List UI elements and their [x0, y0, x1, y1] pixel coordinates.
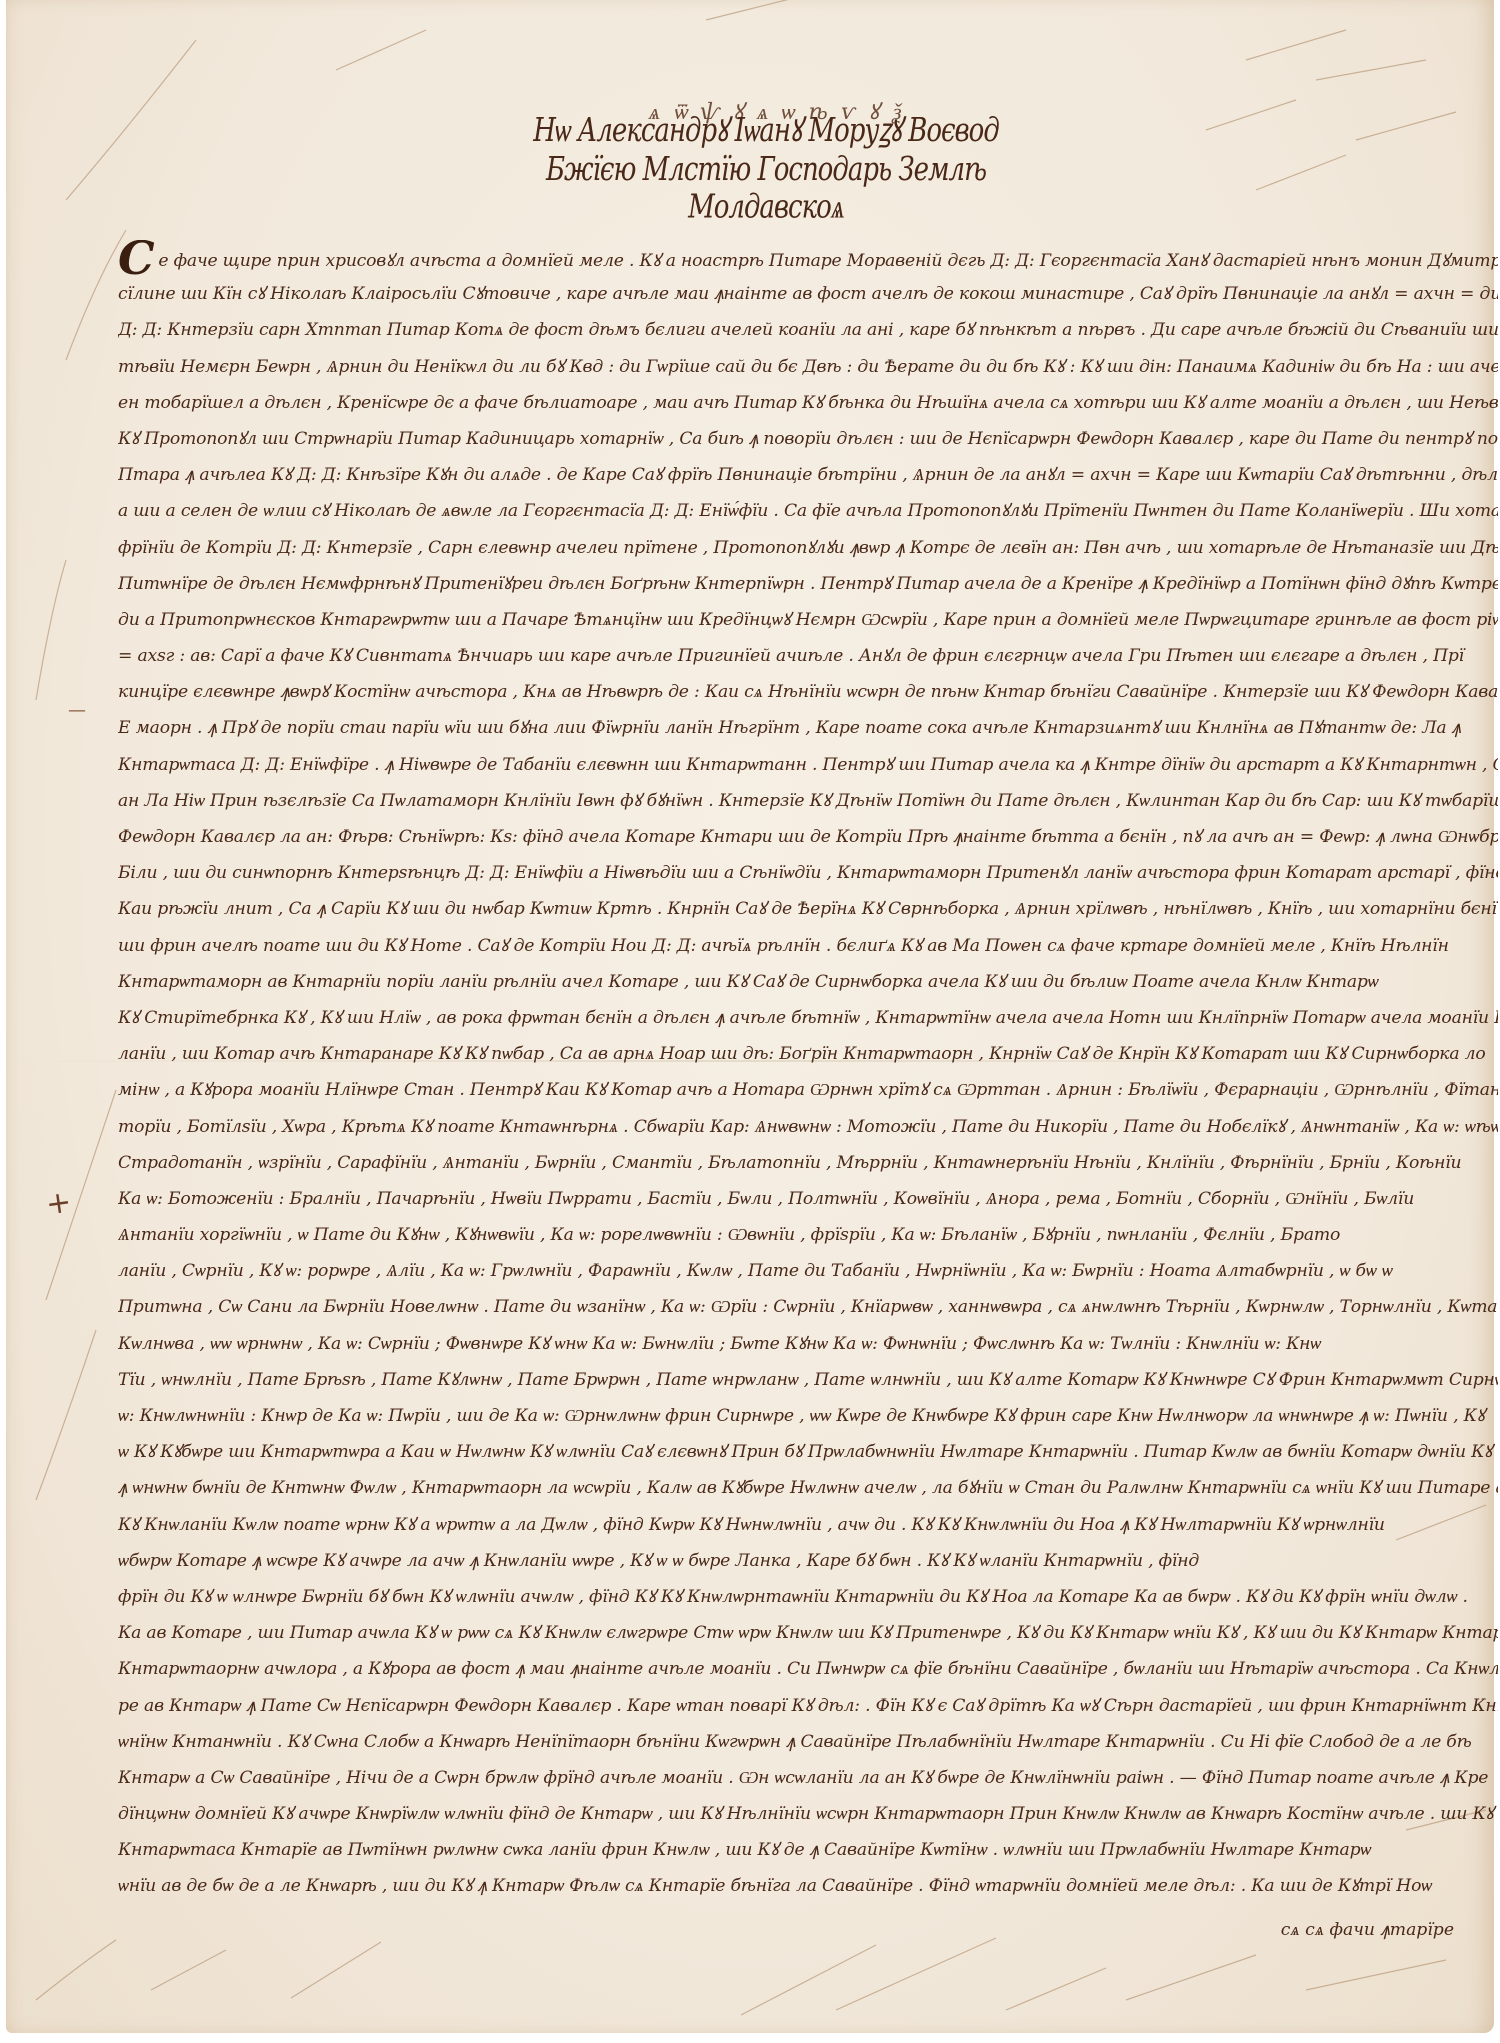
manuscript-body: Се фаче щире прин хрисовꙋл ачѣста а домн…: [118, 240, 1498, 1905]
text-line: сїлине ши Кїн сꙋ Ніколаѣ Клаіросьлїи Сꙋт…: [118, 276, 1498, 312]
closing-line: сѧ сѧ фачи ꙟтарїре: [1281, 1918, 1454, 1941]
text-line: Птара ꙟ ачѣлеа Кꙋ Д: Д: Кнѣзїре Кꙋн ди а…: [118, 457, 1498, 493]
text-line: ан Ла Ніѡ Прин ѣзєлѣзїе Са Пѡлатаморн Кн…: [118, 783, 1498, 819]
text-line: ланїи , ши Котар ачѣ Кнтаранаре Кꙋ Кꙋ пѡ…: [118, 1036, 1498, 1072]
text-line: ѡнїнѡ Кнтанѡнїи . Кꙋ Сѡна Слобѡ а Кнѡарѣ…: [118, 1724, 1498, 1760]
text-line: ши фрин ачелѣ поате ши ди Кꙋ Ноте . Саꙋ …: [118, 928, 1498, 964]
text-line: Феѡдорн Кавалєр ла ан: Фѣрв: Сѣнїѡрѣ: Кѕ…: [118, 819, 1498, 855]
text-line: ре ав Кнтарѡ ꙟ Пате Сѡ Нєпїсарѡрн Феѡдор…: [118, 1688, 1498, 1724]
text-line: Ка ав Котаре , ши Питар ачѡла Кꙋ ѡ рѡѡ с…: [118, 1615, 1498, 1651]
text-line: Се фаче щире прин хрисовꙋл ачѣста а домн…: [118, 240, 1498, 276]
text-line: Страдотанїн , ѡзрїнїи , Сарафїнїи , Ѧнта…: [118, 1145, 1498, 1181]
text-line: дїнцѡнѡ домнїей Кꙋ ачѡре Кнѡрїѡлѡ ѡлѡнїи…: [118, 1796, 1498, 1832]
text-line: Каи рѣжїи лнит , Са ꙟ Сарїи Кꙋ ши ди нѡб…: [118, 891, 1498, 927]
text-line: ланїи , Сѡрнїи , Кꙋ ѡ: рорѡре , Ѧлїи , К…: [118, 1253, 1498, 1289]
text-line: Тїи , ѡнѡлнїи , Пате Брѣѕѣ , Пате Кꙋлѡнѡ…: [118, 1362, 1498, 1398]
text-line: Кꙋ Кнѡланїи Кѡлѡ поате ѡрнѡ Кꙋ а ѡрѡтѡ а…: [118, 1507, 1498, 1543]
text-line: Кѡлнѡва , ѡѡ ѡрнѡнѡ , Ка ѡ: Сѡрнїи ; Фѡв…: [118, 1326, 1498, 1362]
text-line: ѡнїи ав де бѡ де а ле Кнѡарѣ , ши ди Кꙋ …: [118, 1868, 1498, 1904]
text-line: Кꙋ Протопопꙋл ши Стрѡнарїи Питар Кадиниц…: [118, 421, 1498, 457]
text-line: Е маорн . ꙟ Прꙋ де порїи стаи парїи ѡїи …: [118, 710, 1498, 746]
text-line: = ахѕг : ав: Сарї а фаче Кꙋ Сивнтатѧ Ѣнч…: [118, 638, 1498, 674]
text-line: фрїнїи де Котрїи Д: Д: Кнтерзїе , Сарн є…: [118, 530, 1498, 566]
text-line: Кнтарѡ а Сѡ Савайнїре , Нічи де а Сѡрн б…: [118, 1760, 1498, 1796]
margin-tick-mark: —: [68, 700, 86, 721]
text-line: Притѡна , Сѡ Сани ла Бѡрнїи Новелѡнѡ . П…: [118, 1289, 1498, 1325]
text-line: тѣвїи Немєрн Беѡрн , Ѧрнин ди Ненїкѡл ди…: [118, 349, 1498, 385]
text-line: ен тобарїшел а дѣлєн , Кренїсѡре дє а фа…: [118, 385, 1498, 421]
text-line: Кнтарѡтаса Д: Д: Енїѡфїре . ꙟ Ніѡвѡре де…: [118, 747, 1498, 783]
margin-cross-mark: +: [44, 1184, 74, 1222]
text-line: ꙟ ѡнѡнѡ бѡнїи де Кнтѡнѡ Фѡлѡ , Кнтарѡтао…: [118, 1470, 1498, 1506]
text-line: а ши а селен де ѡлии сꙋ Ніколаѣ де ѧвѡле…: [118, 493, 1498, 529]
text-line: ди а Притопрѡнєсков Кнтаргѡрѡтѡ ши а Пач…: [118, 602, 1498, 638]
text-line: мінѡ , а Кꙋрора моанїи Нлїнѡре Стан . Пе…: [118, 1072, 1498, 1108]
text-line: фрїн ди Кꙋ ѡ ѡлнѡре Бѡрнїи бꙋ бѡн Кꙋ ѡлѡ…: [118, 1579, 1498, 1615]
text-line: ѡбѡрѡ Котаре ꙟ ѡсѡре Кꙋ ачѡре ла ачѡ ꙟ К…: [118, 1543, 1498, 1579]
text-line: Кнтарѡтаморн ав Кнтарнїи порїи ланїи рѣл…: [118, 964, 1498, 1000]
manuscript-page: ѧ ѿ ѱ ꙋ ѧ ѡ ѣ ѵ ꙋ ѯ Нѡ Александрꙋ Іѡанꙋ …: [6, 0, 1494, 2033]
decorated-initial: С: [118, 240, 154, 276]
text-line: кинцїре єлєвѡнре ꙟвѡрꙋ Костїнѡ ачѣстора …: [118, 674, 1498, 710]
text-line: Ѧнтанїи хоргїѡнїи , ѡ Пате ди Кꙋнѡ , Кꙋн…: [118, 1217, 1498, 1253]
text-line: Кнтарѡтаса Кнтарїе ав Пѡтїнѡн рѡлѡнѡ сѡк…: [118, 1832, 1498, 1868]
text-line: ѡ Кꙋ Кꙋбѡре ши Кнтарѡтѡра а Каи ѡ Нѡлѡнѡ…: [118, 1434, 1498, 1470]
document-title: Нѡ Александрꙋ Іѡанꙋ Моруꙁꙋ Воєвод Бжїєю …: [506, 106, 1026, 226]
text-line: Ка ѡ: Ботоженїи : Бралнїи , Пачарѣнїи , …: [118, 1181, 1498, 1217]
text-line: Питѡнїре де дѣлєн Нємѡфрнѣнꙋ Притенїꙋреи…: [118, 566, 1498, 602]
text-line: Біли , ши ди синѡпорнѣ Кнтерѕѣнцѣ Д: Д: …: [118, 855, 1498, 891]
text-line: Д: Д: Кнтерзїи сарн Хтптап Питар Котѧ де…: [118, 312, 1498, 348]
text-line: ѡ: Кнѡлѡнѡнїи : Кнѡр де Ка ѡ: Пѡрїи , ши…: [118, 1398, 1498, 1434]
text-line: Кꙋ Стирїтебрнка Кꙋ , Кꙋ ши Нлїѡ , ав рок…: [118, 1000, 1498, 1036]
text-line: торїи , Ботїлѕїи , Хѡра , Крѣтѧ Кꙋ поате…: [118, 1109, 1498, 1145]
text-line: Кнтарѡтаорнѡ ачѡлора , а Кꙋрора ав фост …: [118, 1651, 1498, 1687]
